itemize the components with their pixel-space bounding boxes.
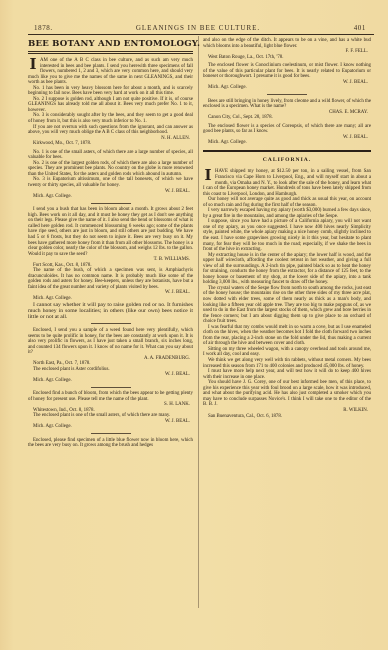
dateline: Kirkwood, Mo., Oct. 7, 1878. — [28, 141, 193, 147]
paragraph: I send you a bush that has been in bloom… — [28, 207, 193, 257]
reply-beal-2: The name of the bush, of which a specime… — [28, 268, 193, 301]
running-head: 1878. GLEANINGS IN BEE CULTURE. 401 — [28, 24, 368, 34]
paragraph: Sitting on my three wheeled wagon, with … — [203, 347, 371, 358]
section-title-california: CALIFORNIA. — [203, 158, 371, 164]
affiliation: Mich. Agr. College. — [28, 424, 193, 430]
reply-beal-6: The enclosed flower is a species of Core… — [203, 124, 371, 146]
paragraph: I must have more help next year, and wil… — [203, 369, 371, 380]
affiliation: Mich. Agr. College. — [203, 140, 371, 146]
affiliation: Mich. Agr. College. — [203, 85, 371, 91]
paragraph: No. 2 is one of the largest golden rods,… — [28, 161, 193, 178]
left-column: BEE BOTANY AND ENTOMOLOGY. I AM one of t… — [28, 38, 193, 449]
divider — [91, 203, 131, 204]
letter-fradenburg: Enclosed, I send you a sample of a weed … — [28, 328, 193, 367]
paragraph: The crystal waters of the Sespe flow fro… — [203, 286, 371, 325]
paragraph: The enclosed flower is Conoclinium coele… — [203, 63, 371, 80]
letter-mcray: Bees are still bringing in honey lively,… — [203, 99, 371, 121]
editor-note: I cannot say whether it will pay to rais… — [28, 302, 193, 321]
journal-title: GLEANINGS IN BEE CULTURE. — [28, 24, 368, 32]
paragraph: No. 3 is Eupatorium altissimum, one of t… — [28, 177, 193, 188]
letter-allen: I AM one of the A B C class in bee cultu… — [28, 58, 193, 147]
letter-williams: I send you a bush that has been in bloom… — [28, 207, 193, 268]
paragraph: You should have J. G. Corey, one of our … — [203, 380, 371, 408]
paragraph: I very narrowly escaped having my apiary… — [203, 208, 371, 219]
paragraph: Bees are still bringing in honey lively,… — [203, 99, 371, 110]
paragraph: I was fearful that my combs would melt i… — [203, 325, 371, 347]
drop-cap: I — [28, 58, 38, 74]
affiliation: Mich. Agr. College. — [28, 194, 193, 200]
reply-beal-1: No. 1 is one of the small asters, of whi… — [28, 150, 193, 200]
paragraph: The enclosed flower is a species of Core… — [203, 124, 371, 135]
article-california: I HAVE shipped my honey, at $12.50 per t… — [203, 169, 371, 419]
header-rule — [28, 34, 374, 35]
divider — [267, 94, 307, 95]
paragraph: Enclosed, I send you a sample of a weed … — [28, 328, 193, 356]
paragraph: If you are not overrun with such questio… — [28, 125, 193, 136]
section-rule — [203, 150, 371, 152]
letter-fell: and also on the edge of the ditch. It ap… — [203, 38, 371, 60]
affiliation: Mich. Agr. College. — [28, 378, 193, 384]
divider — [91, 433, 131, 434]
dateline: San Buenaventura, Cal., Oct. 6, 1878. — [203, 414, 371, 420]
letter-lank: Enclosed find a bunch of bloom, from whi… — [28, 391, 193, 413]
paragraph: Enclosed find a bunch of bloom, from whi… — [28, 391, 193, 402]
paragraph: No. 1 has been in very heavy blossom her… — [28, 86, 193, 97]
divider — [91, 387, 131, 388]
right-column: and also on the edge of the ditch. It ap… — [203, 38, 371, 419]
section-rule — [28, 51, 193, 54]
paragraph: AM one of the A B C class in bee culture… — [28, 58, 193, 86]
divider — [91, 323, 131, 324]
paragraph: Our honey will not average quite as good… — [203, 197, 371, 208]
column-divider — [198, 36, 199, 608]
scanned-page: 1878. GLEANINGS IN BEE CULTURE. 401 BEE … — [0, 0, 388, 650]
section-title-bee-botany: BEE BOTANY AND ENTOMOLOGY. — [28, 39, 193, 50]
paragraph: No. 1 is one of the small asters, of whi… — [28, 150, 193, 161]
paragraph: My extracting house is in the center of … — [203, 253, 371, 286]
paragraph: We think we get along very well with tin… — [203, 358, 371, 369]
paragraph: I suppose, since you have had a picture … — [203, 219, 371, 252]
paragraph: No. 3 is considerably sought after by th… — [28, 113, 193, 124]
drop-cap: I — [203, 169, 213, 185]
reply-beal-5: The enclosed flower is Conoclinium coele… — [203, 63, 371, 91]
paragraph: HAVE shipped my honey, at $12.50 per ton… — [203, 169, 371, 197]
paragraph: No. 2 I suppose is golden rod, although … — [28, 97, 193, 114]
reply-beal-3: The enclosed plant is Aster cordifolius.… — [28, 367, 193, 384]
paragraph: and also on the edge of the ditch. It ap… — [203, 38, 371, 49]
paragraph: Enclosed, please find specimen of a litt… — [28, 438, 193, 449]
page-number: 401 — [354, 24, 366, 32]
reply-beal-4: The enclosed plant is one of the small a… — [28, 413, 193, 430]
paragraph: The name of the bush, of which a specime… — [28, 268, 193, 290]
